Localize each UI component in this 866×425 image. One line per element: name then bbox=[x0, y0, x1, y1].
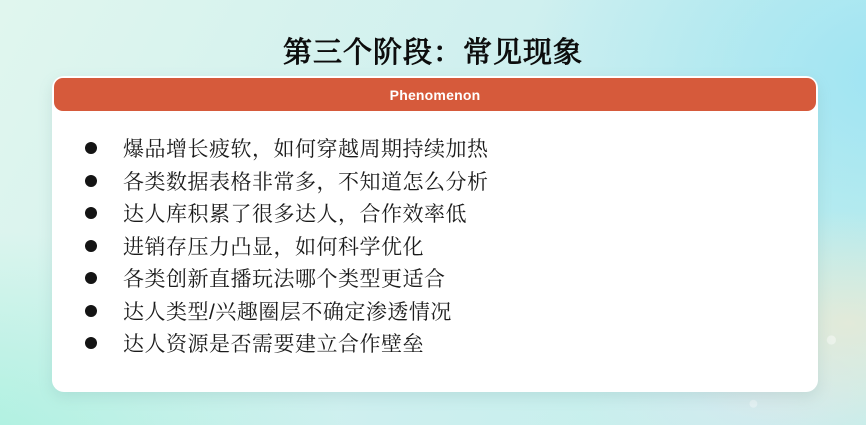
list-item: 爆品增长疲软，如何穿越周期持续加热 bbox=[85, 132, 788, 165]
list-item-text: 达人库积累了很多达人，合作效率低 bbox=[123, 198, 467, 228]
list-item-text: 爆品增长疲软，如何穿越周期持续加热 bbox=[123, 133, 489, 163]
bullet-icon bbox=[85, 272, 97, 284]
card-header: Phenomenon bbox=[54, 78, 816, 111]
phenomenon-list: 爆品增长疲软，如何穿越周期持续加热 各类数据表格非常多，不知道怎么分析 达人库积… bbox=[52, 111, 818, 360]
slide: 第三个阶段：常见现象 Phenomenon 爆品增长疲软，如何穿越周期持续加热 … bbox=[0, 0, 866, 425]
list-item: 各类创新直播玩法哪个类型更适合 bbox=[85, 262, 788, 295]
list-item: 达人类型/兴趣圈层不确定渗透情况 bbox=[85, 295, 788, 328]
bullet-icon bbox=[85, 142, 97, 154]
list-item-text: 达人资源是否需要建立合作壁垒 bbox=[123, 328, 424, 358]
bullet-icon bbox=[85, 337, 97, 349]
bullet-icon bbox=[85, 207, 97, 219]
list-item: 达人库积累了很多达人，合作效率低 bbox=[85, 197, 788, 230]
list-item: 达人资源是否需要建立合作壁垒 bbox=[85, 327, 788, 360]
page-title: 第三个阶段：常见现象 bbox=[0, 30, 866, 71]
list-item-text: 进销存压力凸显，如何科学优化 bbox=[123, 231, 424, 261]
card-header-label: Phenomenon bbox=[390, 87, 481, 103]
bullet-icon bbox=[85, 305, 97, 317]
bullet-icon bbox=[85, 240, 97, 252]
list-item: 进销存压力凸显，如何科学优化 bbox=[85, 230, 788, 263]
bullet-icon bbox=[85, 175, 97, 187]
list-item-text: 各类创新直播玩法哪个类型更适合 bbox=[123, 263, 446, 293]
phenomenon-card: Phenomenon 爆品增长疲软，如何穿越周期持续加热 各类数据表格非常多，不… bbox=[52, 76, 818, 392]
list-item-text: 各类数据表格非常多，不知道怎么分析 bbox=[123, 166, 489, 196]
list-item-text: 达人类型/兴趣圈层不确定渗透情况 bbox=[123, 296, 452, 326]
list-item: 各类数据表格非常多，不知道怎么分析 bbox=[85, 165, 788, 198]
